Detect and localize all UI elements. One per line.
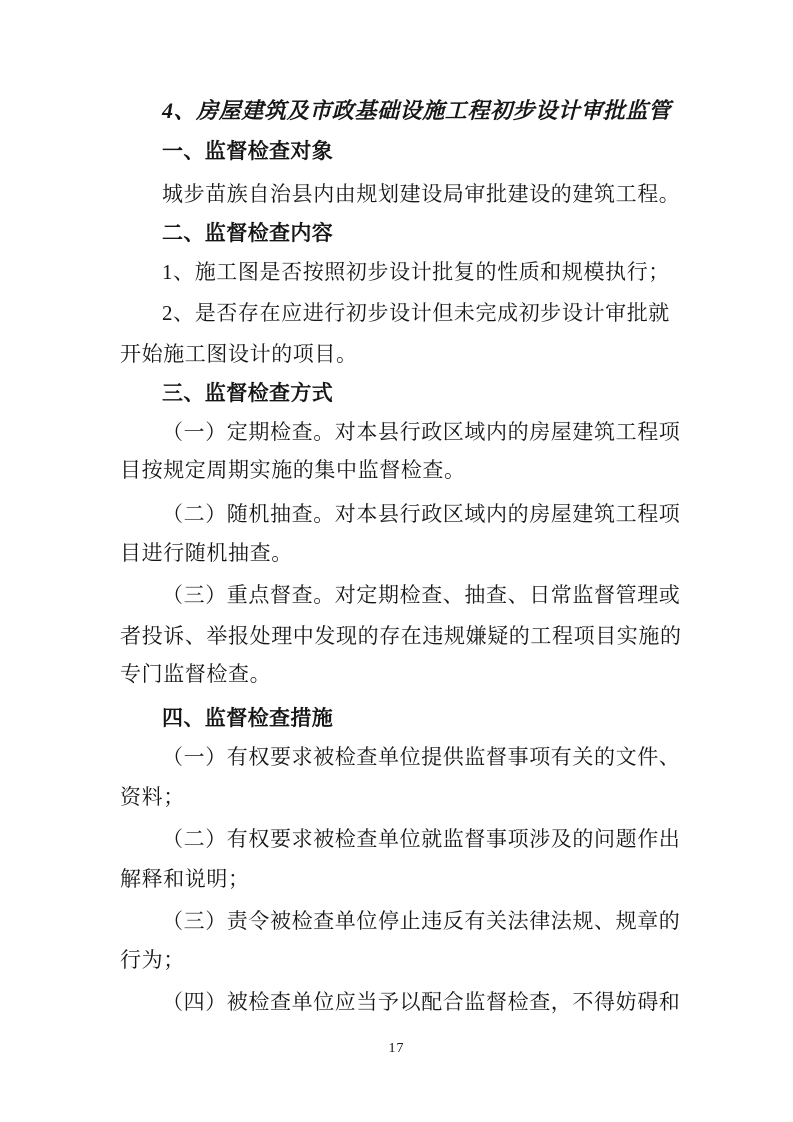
body-line: （一）定期检查。对本县行政区域内的房屋建筑工程项 bbox=[162, 422, 722, 443]
section-heading-1: 一、监督检查对象 bbox=[162, 141, 722, 162]
body-line: 开始施工图设计的项目。 bbox=[120, 344, 680, 365]
body-line: 解释和说明； bbox=[120, 869, 680, 890]
document-page: 4、房屋建筑及市政基础设施工程初步设计审批监管 一、监督检查对象 城步苗族自治县… bbox=[0, 0, 793, 1122]
body-line: 资料； bbox=[120, 787, 680, 808]
page-number: 17 bbox=[0, 1042, 793, 1056]
body-line: （三）重点督查。对定期检查、抽查、日常监督管理或 bbox=[162, 585, 722, 606]
body-line: （二）有权要求被检查单位就监督事项涉及的问题作出 bbox=[162, 829, 722, 850]
section-heading-2: 二、监督检查内容 bbox=[162, 223, 722, 244]
doc-title: 4、房屋建筑及市政基础设施工程初步设计审批监管 bbox=[162, 100, 722, 122]
section-heading-4: 四、监督检查措施 bbox=[162, 708, 722, 729]
body-line: 城步苗族自治县内由规划建设局审批建设的建筑工程。 bbox=[162, 184, 722, 205]
body-line: 行为； bbox=[120, 950, 680, 971]
body-line: （三）责令被检查单位停止违反有关法律法规、规章的 bbox=[162, 911, 722, 932]
section-heading-3: 三、监督检查方式 bbox=[162, 383, 722, 404]
body-line: （二）随机抽查。对本县行政区域内的房屋建筑工程项 bbox=[162, 504, 722, 525]
body-line: 1、施工图是否按照初步设计批复的性质和规模执行； bbox=[162, 262, 722, 283]
body-line: 2、是否存在应进行初步设计但未完成初步设计审批就 bbox=[162, 303, 722, 324]
body-line: （四）被检查单位应当予以配合监督检查，不得妨碍和 bbox=[162, 992, 722, 1013]
body-line: 者投诉、举报处理中发现的存在违规嫌疑的工程项目实施的 bbox=[120, 626, 680, 647]
body-line: 目进行随机抽查。 bbox=[120, 543, 680, 564]
body-line: 目按规定周期实施的集中监督检查。 bbox=[120, 460, 680, 481]
body-line: （一）有权要求被检查单位提供监督事项有关的文件、 bbox=[162, 747, 722, 768]
body-line: 专门监督检查。 bbox=[120, 664, 680, 685]
